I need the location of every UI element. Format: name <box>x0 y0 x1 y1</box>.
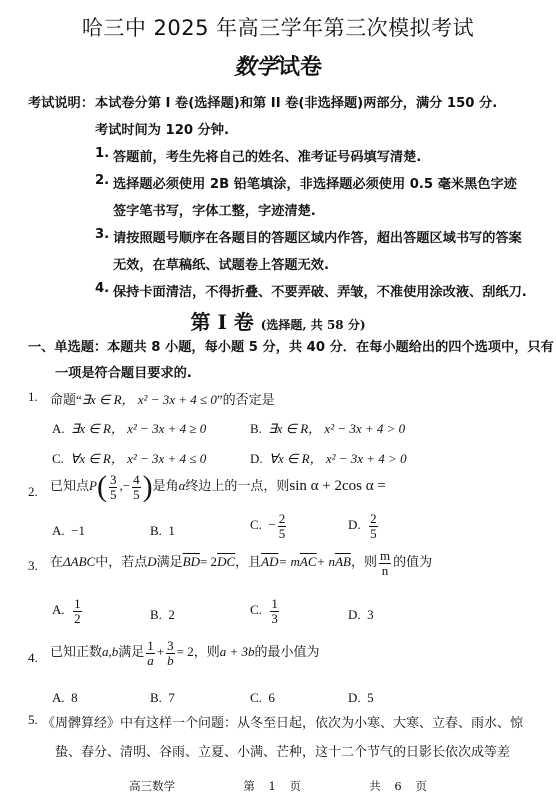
expr-a-3b: a + 3b <box>220 644 255 659</box>
question-2-option-b[interactable]: B. 1 <box>150 523 175 539</box>
question-4-stem: 已知正数a,b满足1a+3b= 2，则a + 3b的最小值为 <box>50 639 320 667</box>
fraction: 25 <box>369 512 378 540</box>
option-label: A. <box>52 602 65 617</box>
question-1-option-d[interactable]: D. ∀x ∈ R， x² − 3x + 4 > 0 <box>250 448 407 467</box>
option-label: D. <box>348 517 361 532</box>
question-1-option-a[interactable]: A. ∃x ∈ R， x² − 3x + 4 ≥ 0 <box>52 418 206 437</box>
stem-text: 已知正数 <box>50 644 102 659</box>
question-3-option-b[interactable]: B. 2 <box>150 607 175 623</box>
instruction-item-4-num: 4. <box>95 281 109 296</box>
stem-text: = 2 <box>177 644 194 659</box>
question-5-line2: 蛰、春分、清明、谷雨、立夏、小满、芒种，这十二个节气的日影长依次成等差 <box>55 741 510 760</box>
fraction: 3b <box>166 639 175 667</box>
question-1-stem-math: ∃x ∈ R， x² − 3x + 4 ≤ 0 <box>82 392 217 407</box>
stem-text: 的最小值为 <box>255 644 320 659</box>
vector-ab: AB <box>335 554 351 569</box>
stem-text: = m <box>278 554 299 569</box>
instruction-item-3-line2: 无效，在草稿纸、试题卷上答题无效. <box>113 254 329 273</box>
minus-sign: − <box>123 478 130 493</box>
question-1-option-b[interactable]: B. ∃x ∈ R， x² − 3x + 4 > 0 <box>250 418 405 437</box>
question-2-option-d[interactable]: D. 25 <box>348 512 380 540</box>
question-1-stem-suffix: ”的否定是 <box>217 392 275 407</box>
option-label: B. <box>250 421 262 436</box>
question-4-num: 4. <box>28 650 38 666</box>
stem-text: ，则 <box>351 554 377 569</box>
subtitle-paper: 试卷 <box>278 54 322 80</box>
option-text: ∃x ∈ R， x² − 3x + 4 > 0 <box>268 421 405 436</box>
question-4-option-d[interactable]: D. 5 <box>348 690 374 706</box>
fraction-m-n: mn <box>379 549 391 577</box>
option-text: ∃x ∈ R， x² − 3x + 4 ≥ 0 <box>71 421 206 436</box>
option-text: 1 <box>168 523 175 538</box>
instruction-item-1-num: 1. <box>95 146 109 161</box>
instruction-item-2-line1: 选择题必须使用 2B 铅笔填涂，非选择题必须使用 0.5 毫米黑色字迹 <box>113 173 517 192</box>
question-3-stem: 在ΔABC中，若点D满足BD= 2DC，且AD= mAC+ nAB，则mn的值为 <box>50 549 432 577</box>
instruction-item-2-num: 2. <box>95 173 109 188</box>
part-title-line1: 一、单选题：本题共 8 小题，每小题 5 分，共 40 分．在每小题给出的四个选… <box>28 336 554 355</box>
instruction-item-2-line2: 签字笔书写，字体工整，字迹清楚. <box>113 200 316 219</box>
footer-subject: 高三数学 <box>129 779 175 793</box>
option-label: B. <box>150 690 162 705</box>
vars-ab: a,b <box>102 644 118 659</box>
option-label: B. <box>150 523 162 538</box>
plus-sign: + <box>157 644 164 659</box>
question-2-stem-suffix: 终边上的一点，则 <box>185 478 289 493</box>
option-text: 8 <box>71 690 78 705</box>
point-d: D <box>147 554 156 569</box>
question-2-stem: 已知点P(35,−45)是角α终边上的一点，则sin α + 2cos α = <box>50 472 386 502</box>
stem-text: 在 <box>50 554 63 569</box>
fraction: 1a <box>146 639 155 667</box>
option-label: C. <box>250 602 262 617</box>
option-text: 5 <box>367 690 374 705</box>
option-text: −1 <box>71 523 85 538</box>
stem-text: = 2 <box>200 554 217 569</box>
triangle-abc: ΔABC <box>63 554 95 569</box>
option-text: 7 <box>168 690 175 705</box>
stem-text: 中，若点 <box>95 554 147 569</box>
fraction: 25 <box>278 512 287 540</box>
question-2-option-a[interactable]: A. −1 <box>52 523 85 539</box>
question-4-option-c[interactable]: C. 6 <box>250 690 275 706</box>
option-label: C. <box>250 517 262 532</box>
stem-text: 满足 <box>157 554 183 569</box>
section-title-note: (选择题, 共 58 分) <box>261 318 366 332</box>
question-5-line1: 《周髀算经》中有这样一个问题：从冬至日起，依次为小寒、大寒、立春、雨水、惊 <box>42 712 523 731</box>
option-text: ∀x ∈ R， x² − 3x + 4 > 0 <box>269 451 406 466</box>
option-text: 6 <box>268 690 275 705</box>
option-label: A. <box>52 523 65 538</box>
vector-ad: AD <box>261 554 278 569</box>
footer-page: 第 1 页 <box>243 779 301 793</box>
option-label: D. <box>348 690 361 705</box>
subtitle-subject: 数学 <box>234 54 278 80</box>
question-5-num: 5. <box>28 712 38 728</box>
section-title: 第 I 卷 (选择题, 共 58 分) <box>0 306 556 335</box>
question-2-point: P <box>89 478 97 493</box>
option-text: 3 <box>367 607 374 622</box>
question-1-option-c[interactable]: C. ∀x ∈ R， x² − 3x + 4 ≤ 0 <box>52 448 206 467</box>
section-title-main: 第 I 卷 <box>190 310 253 334</box>
option-label: A. <box>52 690 65 705</box>
instruction-item-1: 答题前，考生先将自己的姓名、准考证号码填写清楚. <box>113 146 421 165</box>
question-3-num: 3. <box>28 558 38 574</box>
instruction-item-4: 保持卡面清洁，不得折叠、不要弄破、弄皱，不准使用涂改液、刮纸刀. <box>113 281 527 300</box>
option-label: D. <box>348 607 361 622</box>
option-label: C. <box>250 690 262 705</box>
vector-dc: DC <box>217 554 235 569</box>
fraction: 13 <box>270 597 279 625</box>
question-3-option-d[interactable]: D. 3 <box>348 607 374 623</box>
stem-text: ，则 <box>194 644 220 659</box>
option-text: ∀x ∈ R， x² − 3x + 4 ≤ 0 <box>70 451 206 466</box>
stem-text: ，且 <box>235 554 261 569</box>
minus-sign: − <box>268 517 275 532</box>
stem-text: 满足 <box>118 644 144 659</box>
option-label: A. <box>52 421 65 436</box>
right-paren-icon: ) <box>143 470 153 503</box>
option-label: C. <box>52 451 64 466</box>
question-2-num: 2. <box>28 484 38 500</box>
option-text: 2 <box>168 607 175 622</box>
instruction-item-3-num: 3. <box>95 227 109 242</box>
question-2-expr: sin α + 2cos α = <box>289 478 385 494</box>
question-3-option-a[interactable]: A. 12 <box>52 597 84 625</box>
option-label: B. <box>150 607 162 622</box>
page-footer: 高三数学 第 1 页 共 6 页 <box>0 778 556 794</box>
left-paren-icon: ( <box>97 470 107 503</box>
fraction: 12 <box>73 597 82 625</box>
question-4-option-a[interactable]: A. 8 <box>52 690 78 706</box>
question-4-option-b[interactable]: B. 7 <box>150 690 175 706</box>
question-1-num: 1. <box>28 389 38 405</box>
question-1-stem-prefix: 命题“ <box>50 392 82 407</box>
question-1-stem: 命题“∃x ∈ R， x² − 3x + 4 ≤ 0”的否定是 <box>50 389 275 408</box>
instruction-item-3-line1: 请按照题号顺序在各题目的答题区域内作答，超出答题区域书写的答案 <box>113 227 522 246</box>
question-2-stem-mid: 是角 <box>153 478 179 493</box>
footer-total: 共 6 页 <box>369 779 427 793</box>
exam-subtitle: 数学试卷 <box>0 50 556 81</box>
question-2-stem-prefix: 已知点 <box>50 478 89 493</box>
stem-text: 的值为 <box>393 554 432 569</box>
question-2-option-c[interactable]: C. −25 <box>250 512 288 540</box>
fraction: 45 <box>132 473 141 501</box>
instructions-line2: 考试时间为 120 分钟. <box>95 119 229 138</box>
instructions-label: 考试说明： <box>28 92 94 111</box>
option-label: D. <box>250 451 263 466</box>
instructions-line1: 本试卷分第 I 卷(选择题)和第 II 卷(非选择题)两部分，满分 150 分. <box>95 92 497 111</box>
stem-text: + n <box>317 554 336 569</box>
vector-ac: AC <box>300 554 317 569</box>
fraction: 35 <box>109 473 118 501</box>
question-3-option-c[interactable]: C. 13 <box>250 597 281 625</box>
exam-title: 哈三中 2025 年高三学年第三次模拟考试 <box>0 12 556 42</box>
part-title-line2: 一项是符合题目要求的. <box>55 362 192 381</box>
vector-bd: BD <box>183 554 200 569</box>
